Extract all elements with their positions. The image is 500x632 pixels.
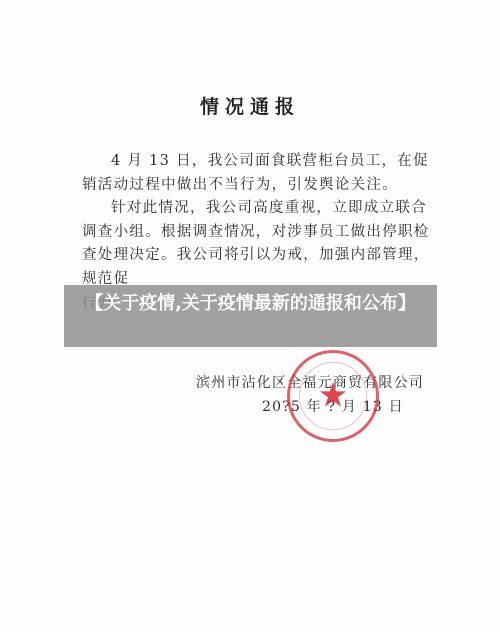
overlay-title: 【关于疫情,关于疫情最新的通报和公布】 <box>64 292 437 316</box>
body-paragraph-2: 针对此情况，我公司高度重视，立即成立联合调查小组。根据调查情况，对涉事员工做出停… <box>82 197 434 291</box>
body-paragraph-1: 4 月 13 日，我公司面食联营柜台员工，在促销活动过程中做出不当行为，引发舆论… <box>82 150 434 197</box>
document-title: 情况通报 <box>0 92 500 119</box>
document-body: 4 月 13 日，我公司面食联营柜台员工，在促销活动过程中做出不当行为，引发舆论… <box>82 150 434 291</box>
star-icon: ★ <box>318 378 348 412</box>
company-seal-stamp: ★ <box>287 350 379 442</box>
document-page: 情况通报 4 月 13 日，我公司面食联营柜台员工，在促销活动过程中做出不当行为… <box>0 0 500 632</box>
title-overlay-banner: 【关于疫情,关于疫情最新的通报和公布】 <box>64 285 437 347</box>
